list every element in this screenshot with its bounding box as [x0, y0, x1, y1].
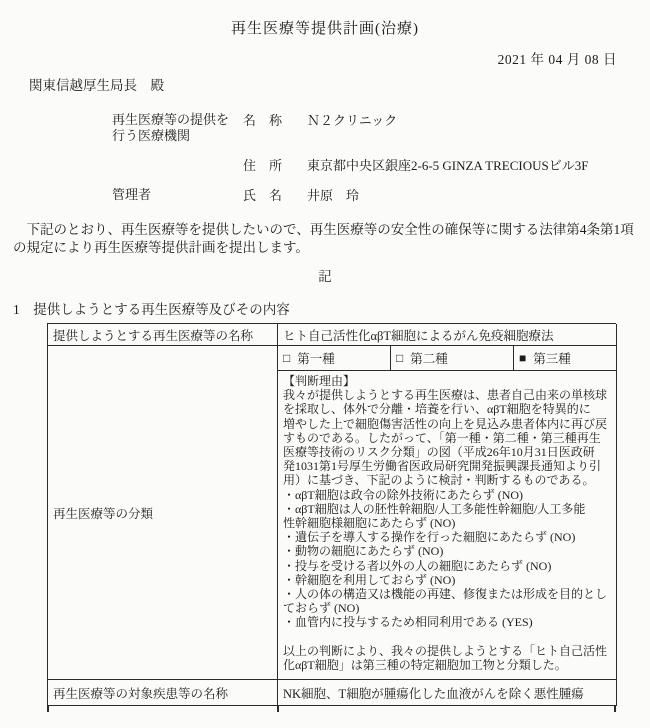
addressee-line: 関東信越厚生局長 殿: [29, 77, 650, 94]
checkbox-unchecked-icon: □: [283, 352, 290, 364]
classification-option-class1: □ 第一種: [278, 346, 391, 371]
classification-option-class2-label: 第二種: [410, 349, 448, 367]
section1-heading: 1 提供しようとする再生医療等及びその内容: [13, 301, 650, 318]
disease-row-label: 再生医療等の対象疾患等の名称: [48, 680, 278, 706]
table-continuation-right-line: [614, 706, 616, 712]
manager-label: 管理者: [112, 187, 243, 203]
document-title: 再生医療等提供計画(治療): [0, 0, 650, 38]
name-row-label: 提供しようとする再生医療等の名称: [48, 324, 278, 346]
classification-option-class1-label: 第一種: [297, 349, 335, 367]
classification-label: 再生医療等の分類: [48, 346, 278, 680]
table-continuation-middle-line: [277, 706, 279, 712]
section1-table: 提供しようとする再生医療等の名称 ヒト自己活性化αβT細胞によるがん免疫細胞療法…: [47, 323, 616, 706]
table-continuation-left-line: [47, 706, 49, 712]
manager-name-value: 井原 玲: [307, 187, 650, 204]
checkbox-unchecked-icon: □: [396, 352, 403, 364]
checkbox-checked-icon: ■: [519, 352, 526, 364]
classification-option-class3: ■ 第三種: [514, 346, 617, 371]
name-label: 名 称: [243, 112, 307, 129]
scanned-document-page: 再生医療等提供計画(治療) 2021 年 04 月 08 日 関東信越厚生局長 …: [0, 0, 650, 728]
submission-statement: 下記のとおり、再生医療等を提供したいので、再生医療等の安全性の確保等に関する法律…: [13, 221, 640, 256]
document-date: 2021 年 04 月 08 日: [0, 51, 617, 68]
provider-block: 再生医療等の提供を 行う医療機関 名 称 Ｎ２クリニック 住 所 東京都中央区銀…: [112, 112, 650, 204]
disease-row-value: NK細胞、T細胞が腫瘍化した血液がんを除く悪性腫瘍: [278, 680, 617, 706]
name-row-value: ヒト自己活性化αβT細胞によるがん免疫細胞療法: [278, 324, 617, 346]
clinic-address-value: 東京都中央区銀座2-6-5 GINZA TRECIOUSビル3F: [307, 157, 650, 174]
provider-name-row: 再生医療等の提供を 行う医療機関 名 称 Ｎ２クリニック: [112, 112, 650, 144]
provider-role-label: 再生医療等の提供を 行う医療機関: [112, 112, 243, 144]
record-marker: 記: [0, 268, 650, 285]
manager-name-label: 氏 名: [243, 187, 307, 204]
manager-row: 管理者 氏 名 井原 玲: [112, 187, 650, 204]
clinic-name-value: Ｎ２クリニック: [307, 112, 650, 129]
table-continuation-lines: [47, 706, 616, 712]
classification-option-class2: □ 第二種: [391, 346, 514, 371]
provider-address-row: 住 所 東京都中央区銀座2-6-5 GINZA TRECIOUSビル3F: [112, 157, 650, 174]
address-label: 住 所: [243, 157, 307, 174]
classification-option-class3-label: 第三種: [533, 349, 571, 367]
classification-reason-text: 【判断理由】 我々が提供しようとする再生医療は、患者自己由来の単核球 を採取し、…: [278, 371, 617, 680]
